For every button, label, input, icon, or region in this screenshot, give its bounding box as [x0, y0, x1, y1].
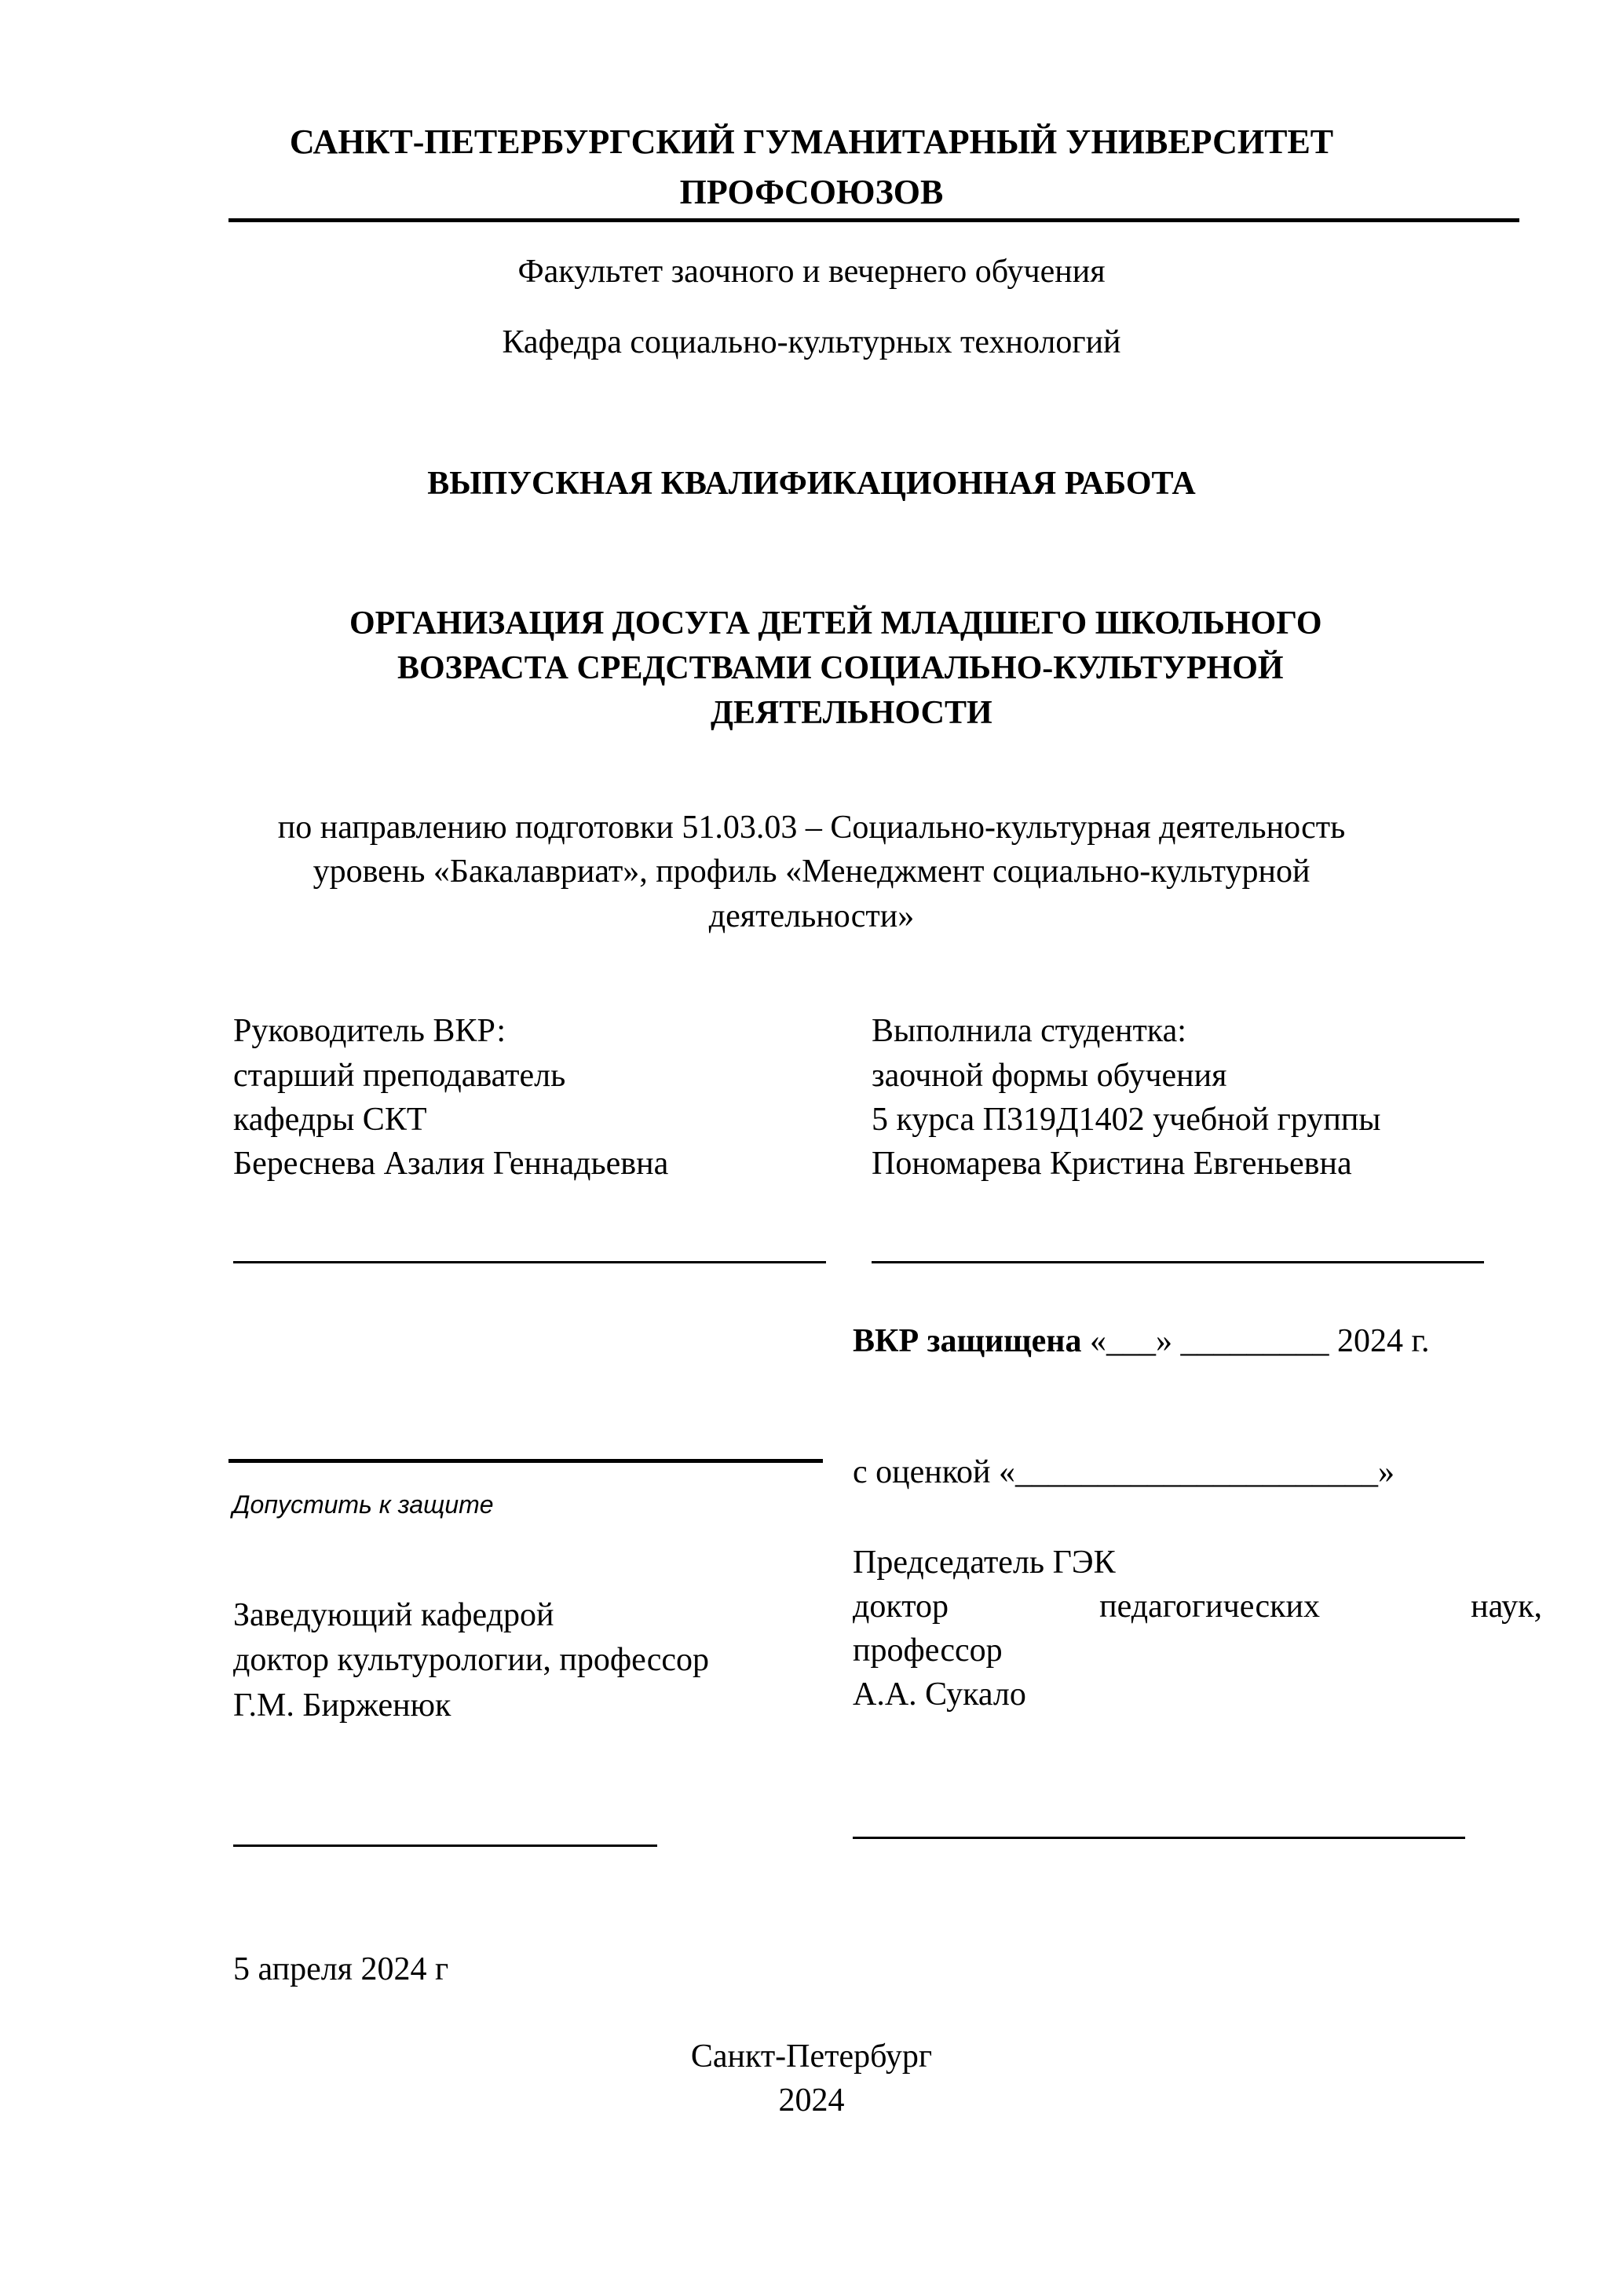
- footer-city: Санкт-Петербург: [0, 2035, 1623, 2078]
- direction-line2: уровень «Бакалавриат», профиль «Менеджме…: [0, 850, 1623, 894]
- student-signature-line: [872, 1261, 1484, 1263]
- chair-degree-word1: доктор: [853, 1585, 949, 1629]
- university-name-line1: САНКТ-ПЕТЕРБУРГСКИЙ ГУМАНИТАРНЫЙ УНИВЕРС…: [0, 118, 1623, 166]
- supervisor-signature-line: [233, 1261, 826, 1263]
- work-type-heading: ВЫПУСКНАЯ КВАЛИФИКАЦИОННАЯ РАБОТА: [0, 462, 1623, 506]
- supervisor-label: Руководитель ВКР:: [233, 1009, 506, 1053]
- chair-name: А.А. Сукало: [853, 1673, 1026, 1717]
- defense-date-blank: «___» _________ 2024 г.: [1081, 1323, 1429, 1359]
- student-group: 5 курса П319Д1402 учебной группы: [872, 1098, 1381, 1142]
- head-name: Г.М. Бирженюк: [233, 1684, 451, 1727]
- head-title: Заведующий кафедрой: [233, 1593, 554, 1637]
- direction-line1: по направлению подготовки 51.03.03 – Соц…: [0, 806, 1623, 850]
- footer-year: 2024: [0, 2078, 1623, 2122]
- chair-title: Председатель ГЭК: [853, 1541, 1116, 1585]
- head-degree: доктор культурологии, профессор: [233, 1638, 709, 1682]
- document-date: 5 апреля 2024 г: [233, 1947, 448, 1991]
- chair-degree-word3: наук,: [1471, 1585, 1542, 1629]
- chair-degree-word2: педагогических: [1099, 1585, 1320, 1629]
- head-signature-line: [233, 1844, 657, 1847]
- chair-degree: доктор педагогических наук,: [853, 1585, 1542, 1629]
- admission-label: Допустить к защите: [232, 1490, 494, 1519]
- student-form: заочной формы обучения: [872, 1054, 1226, 1098]
- chair-degree-line2: профессор: [853, 1629, 1003, 1673]
- topic-line1: ОРГАНИЗАЦИЯ ДОСУГА ДЕТЕЙ МЛАДШЕГО ШКОЛЬН…: [349, 601, 1322, 645]
- admission-rule: [228, 1459, 823, 1463]
- topic-line2: ВОЗРАСТА СРЕДСТВАМИ СОЦИАЛЬНО-КУЛЬТУРНОЙ: [397, 646, 1284, 690]
- student-name: Пономарева Кристина Евгеньевна: [872, 1142, 1352, 1186]
- supervisor-position: старший преподаватель: [233, 1054, 565, 1098]
- defense-label: ВКР защищена: [853, 1323, 1081, 1359]
- student-label: Выполнила студентка:: [872, 1009, 1186, 1053]
- defense-date: ВКР защищена «___» _________ 2024 г.: [853, 1319, 1429, 1363]
- supervisor-department: кафедры СКТ: [233, 1098, 426, 1142]
- university-name-line2: ПРОФСОЮЗОВ: [0, 168, 1623, 217]
- header-rule: [228, 218, 1519, 222]
- supervisor-name: Береснева Азалия Геннадьевна: [233, 1142, 668, 1186]
- topic-line3: ДЕЯТЕЛЬНОСТИ: [711, 691, 992, 735]
- defense-grade: с оценкой «______________________»: [853, 1450, 1395, 1494]
- chair-signature-line: [853, 1837, 1465, 1839]
- direction-line3: деятельности»: [0, 894, 1623, 938]
- department: Кафедра социально-культурных технологий: [0, 320, 1623, 364]
- faculty: Факультет заочного и вечернего обучения: [0, 250, 1623, 294]
